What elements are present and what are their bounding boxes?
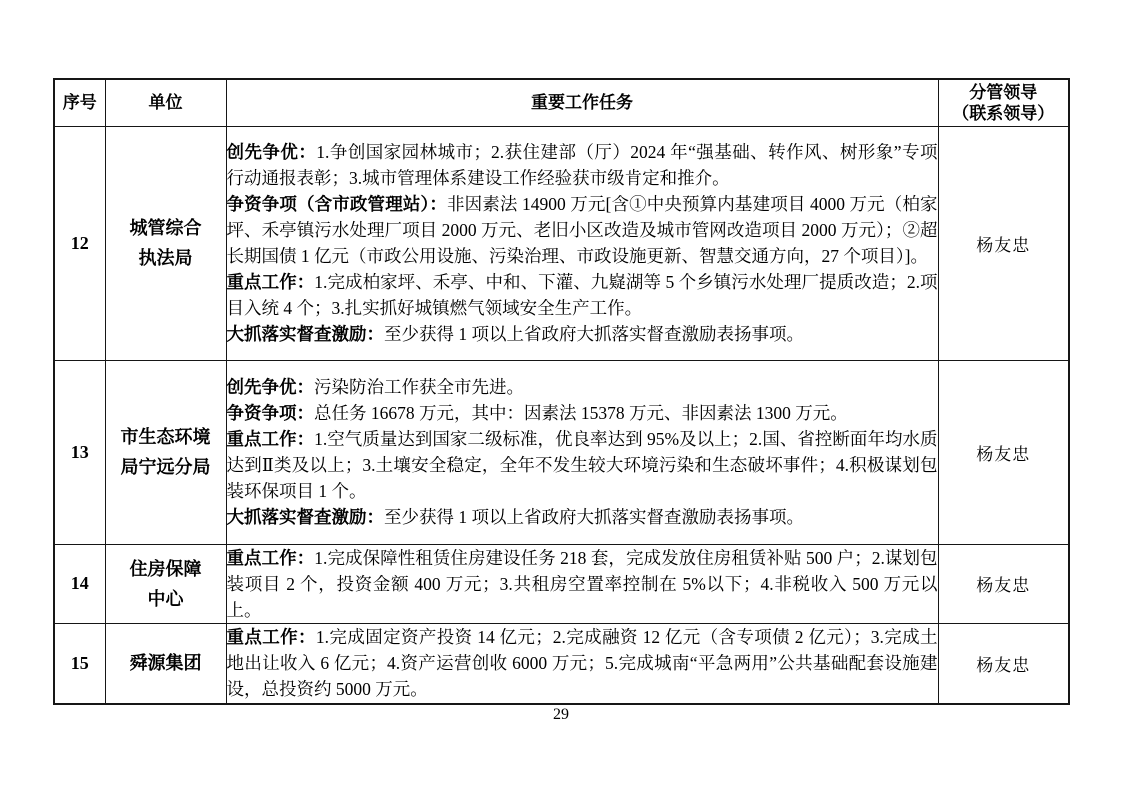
task-text: 总任务 16678 万元，其中：因素法 15378 万元、非因素法 1300 万… <box>314 403 848 423</box>
task-paragraph: 大抓落实督查激励：至少获得 1 项以上省政府大抓落实督查激励表扬事项。 <box>227 321 938 347</box>
table-row: 14 住房保障 中心 重点工作：1.完成保障性租赁住房建设任务 218 套，完成… <box>54 544 1069 623</box>
task-paragraph: 重点工作：1.完成固定资产投资 14 亿元；2.完成融资 12 亿元（含专项债 … <box>227 624 938 702</box>
row-leader: 杨友忠 <box>938 126 1069 360</box>
row-no: 14 <box>54 544 105 623</box>
task-label: 重点工作： <box>227 548 315 568</box>
row-tasks: 重点工作：1.完成保障性租赁住房建设任务 218 套，完成发放住房租赁补贴 50… <box>226 544 938 623</box>
row-no: 12 <box>54 126 105 360</box>
unit-line: 舜源集团 <box>130 653 202 673</box>
task-paragraph: 创先争优：污染防治工作获全市先进。 <box>227 374 938 400</box>
row-no: 15 <box>54 623 105 704</box>
row-tasks: 重点工作：1.完成固定资产投资 14 亿元；2.完成融资 12 亿元（含专项债 … <box>226 623 938 704</box>
task-paragraph: 重点工作：1.空气质量达到国家二级标准，优良率达到 95%及以上；2.国、省控断… <box>227 426 938 504</box>
task-label: 大抓落实督查激励： <box>227 507 385 527</box>
unit-line: 中心 <box>148 589 184 609</box>
header-leader-line1: 分管领导 <box>969 83 1037 102</box>
unit-line: 执法局 <box>139 248 193 268</box>
task-paragraph: 争资争项：总任务 16678 万元，其中：因素法 15378 万元、非因素法 1… <box>227 400 938 426</box>
header-no: 序号 <box>54 79 105 126</box>
row-unit: 城管综合 执法局 <box>105 126 226 360</box>
task-text: 1.完成柏家坪、禾亭、中和、下灌、九嶷湖等 5 个乡镇污水处理厂提质改造；2.项… <box>227 272 938 318</box>
task-label: 大抓落实督查激励： <box>227 324 385 344</box>
task-text: 1.完成保障性租赁住房建设任务 218 套，完成发放住房租赁补贴 500 户；2… <box>227 548 938 620</box>
unit-line: 局宁远分局 <box>121 457 211 477</box>
header-tasks: 重要工作任务 <box>226 79 938 126</box>
task-label: 重点工作： <box>227 627 316 647</box>
task-label: 创先争优： <box>227 142 317 162</box>
task-label: 争资争项： <box>227 403 315 423</box>
task-text: 1.争创国家园林城市；2.获住建部（厅）2024 年“强基础、转作风、树形象”专… <box>227 142 938 188</box>
task-label: 创先争优： <box>227 377 315 397</box>
task-text: 至少获得 1 项以上省政府大抓落实督查激励表扬事项。 <box>384 324 804 344</box>
unit-line: 市生态环境 <box>121 427 211 447</box>
page-number: 29 <box>0 706 1122 724</box>
row-leader: 杨友忠 <box>938 544 1069 623</box>
task-label: 重点工作： <box>227 429 315 449</box>
task-text: 1.完成固定资产投资 14 亿元；2.完成融资 12 亿元（含专项债 2 亿元）… <box>227 627 938 699</box>
row-unit: 舜源集团 <box>105 623 226 704</box>
document-page: 序号 单位 重要工作任务 分管领导 （联系领导） 12 城管综合 执法局 创先争… <box>0 0 1122 793</box>
table-header-row: 序号 单位 重要工作任务 分管领导 （联系领导） <box>54 79 1069 126</box>
task-paragraph: 重点工作：1.完成保障性租赁住房建设任务 218 套，完成发放住房租赁补贴 50… <box>227 545 938 623</box>
task-paragraph: 重点工作：1.完成柏家坪、禾亭、中和、下灌、九嶷湖等 5 个乡镇污水处理厂提质改… <box>227 269 938 321</box>
table-row: 13 市生态环境 局宁远分局 创先争优：污染防治工作获全市先进。 争资争项：总任… <box>54 360 1069 544</box>
row-tasks: 创先争优：污染防治工作获全市先进。 争资争项：总任务 16678 万元，其中：因… <box>226 360 938 544</box>
header-leader-line2: （联系领导） <box>952 104 1054 123</box>
task-label: 重点工作： <box>227 272 315 292</box>
task-text: 1.空气质量达到国家二级标准，优良率达到 95%及以上；2.国、省控断面年均水质… <box>227 429 938 501</box>
work-tasks-table: 序号 单位 重要工作任务 分管领导 （联系领导） 12 城管综合 执法局 创先争… <box>53 78 1070 705</box>
row-leader: 杨友忠 <box>938 360 1069 544</box>
row-unit: 市生态环境 局宁远分局 <box>105 360 226 544</box>
row-tasks: 创先争优：1.争创国家园林城市；2.获住建部（厅）2024 年“强基础、转作风、… <box>226 126 938 360</box>
task-label: 争资争项（含市政管理站）： <box>227 194 447 214</box>
row-no: 13 <box>54 360 105 544</box>
header-leader: 分管领导 （联系领导） <box>938 79 1069 126</box>
task-text: 污染防治工作获全市先进。 <box>314 377 524 397</box>
unit-line: 城管综合 <box>130 218 202 238</box>
table-row: 15 舜源集团 重点工作：1.完成固定资产投资 14 亿元；2.完成融资 12 … <box>54 623 1069 704</box>
row-unit: 住房保障 中心 <box>105 544 226 623</box>
task-paragraph: 大抓落实督查激励：至少获得 1 项以上省政府大抓落实督查激励表扬事项。 <box>227 504 938 530</box>
unit-line: 住房保障 <box>130 559 202 579</box>
row-leader: 杨友忠 <box>938 623 1069 704</box>
header-unit: 单位 <box>105 79 226 126</box>
task-paragraph: 争资争项（含市政管理站）：非因素法 14900 万元[含①中央预算内基建项目 4… <box>227 191 938 269</box>
table-row: 12 城管综合 执法局 创先争优：1.争创国家园林城市；2.获住建部（厅）202… <box>54 126 1069 360</box>
task-text: 至少获得 1 项以上省政府大抓落实督查激励表扬事项。 <box>384 507 804 527</box>
task-paragraph: 创先争优：1.争创国家园林城市；2.获住建部（厅）2024 年“强基础、转作风、… <box>227 139 938 191</box>
